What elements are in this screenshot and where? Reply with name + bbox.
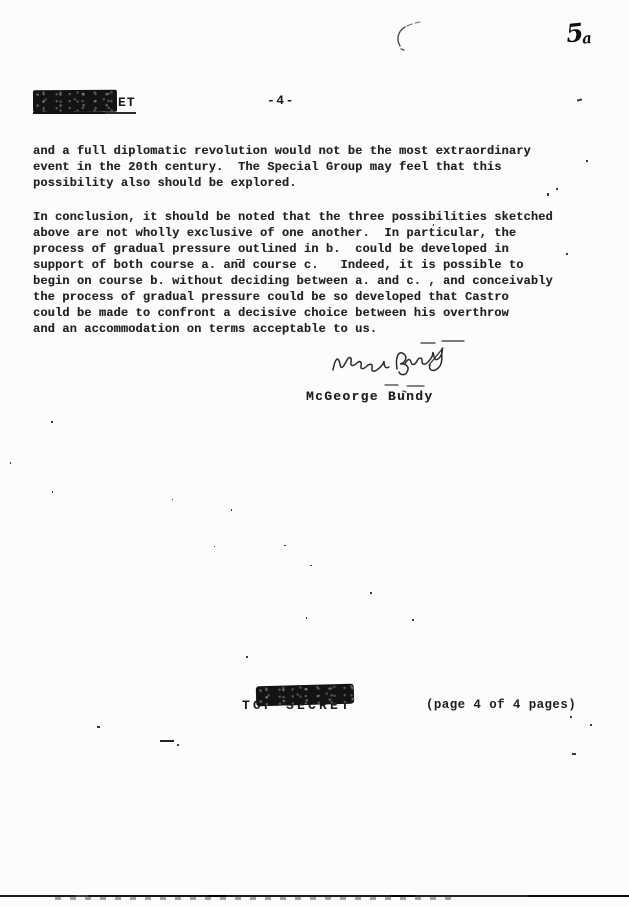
noise-speck bbox=[284, 545, 286, 546]
noise-speck bbox=[547, 193, 549, 196]
noise-speck bbox=[52, 491, 53, 493]
text-line: event in the 20th century. The Special G… bbox=[33, 159, 578, 175]
noise-speck bbox=[51, 421, 53, 423]
body-paragraph-2: In conclusion, it should be noted that t… bbox=[33, 209, 578, 337]
text-line: the process of gradual pressure could be… bbox=[33, 289, 578, 305]
page-number-header: -4- bbox=[267, 93, 295, 108]
noise-speck bbox=[590, 724, 592, 726]
text-line: process of gradual pressure outlined in … bbox=[33, 241, 578, 257]
text-line: and a full diplomatic revolution would n… bbox=[33, 143, 578, 159]
noise-speck bbox=[214, 546, 215, 547]
noise-speck bbox=[412, 619, 414, 621]
text-line: In conclusion, it should be noted that t… bbox=[33, 209, 578, 225]
redaction-bar bbox=[33, 90, 117, 113]
noise-speck bbox=[160, 740, 174, 742]
footer-page-note: (page 4 of 4 pages) bbox=[426, 698, 576, 712]
noise-speck bbox=[172, 499, 173, 500]
pen-paren-mark bbox=[388, 20, 424, 54]
noise-speck bbox=[556, 188, 558, 190]
noise-speck bbox=[577, 98, 582, 101]
noise-speck bbox=[177, 744, 179, 746]
scanned-memo-page: 5a ET -4- and a full diplomatic revoluti… bbox=[0, 0, 629, 906]
stamp-underline bbox=[33, 112, 136, 114]
noise-speck bbox=[310, 565, 312, 566]
redaction-blob bbox=[256, 684, 355, 707]
typed-signature-name: McGeorge Bundy bbox=[306, 389, 433, 404]
noise-speck bbox=[433, 224, 434, 226]
text-line: support of both course a. and course c. … bbox=[33, 257, 578, 273]
handwritten-signature bbox=[293, 334, 505, 394]
noise-speck bbox=[231, 509, 232, 511]
noise-speck bbox=[572, 753, 576, 755]
noise-speck bbox=[97, 726, 100, 728]
text-line: possibility also should be explored. bbox=[33, 175, 578, 191]
classification-visible-text: ET bbox=[118, 95, 136, 110]
handwritten-page-mark: 5a bbox=[565, 19, 595, 47]
noise-speck bbox=[246, 656, 248, 658]
text-line: above are not wholly exclusive of one an… bbox=[33, 225, 578, 241]
noise-speck bbox=[10, 462, 11, 464]
noise-speck bbox=[370, 592, 372, 594]
noise-speck bbox=[306, 617, 307, 619]
noise-speck bbox=[566, 253, 568, 255]
text-line: begin on course b. without deciding betw… bbox=[33, 273, 578, 289]
noise-speck bbox=[570, 716, 572, 718]
handwritten-page-mark-letter: a bbox=[581, 29, 593, 48]
body-paragraph-1: and a full diplomatic revolution would n… bbox=[33, 143, 578, 191]
noise-speck bbox=[586, 160, 588, 162]
scan-edge-fuzz bbox=[55, 897, 455, 900]
text-line: could be made to confront a decisive cho… bbox=[33, 305, 578, 321]
noise-speck bbox=[236, 259, 241, 260]
